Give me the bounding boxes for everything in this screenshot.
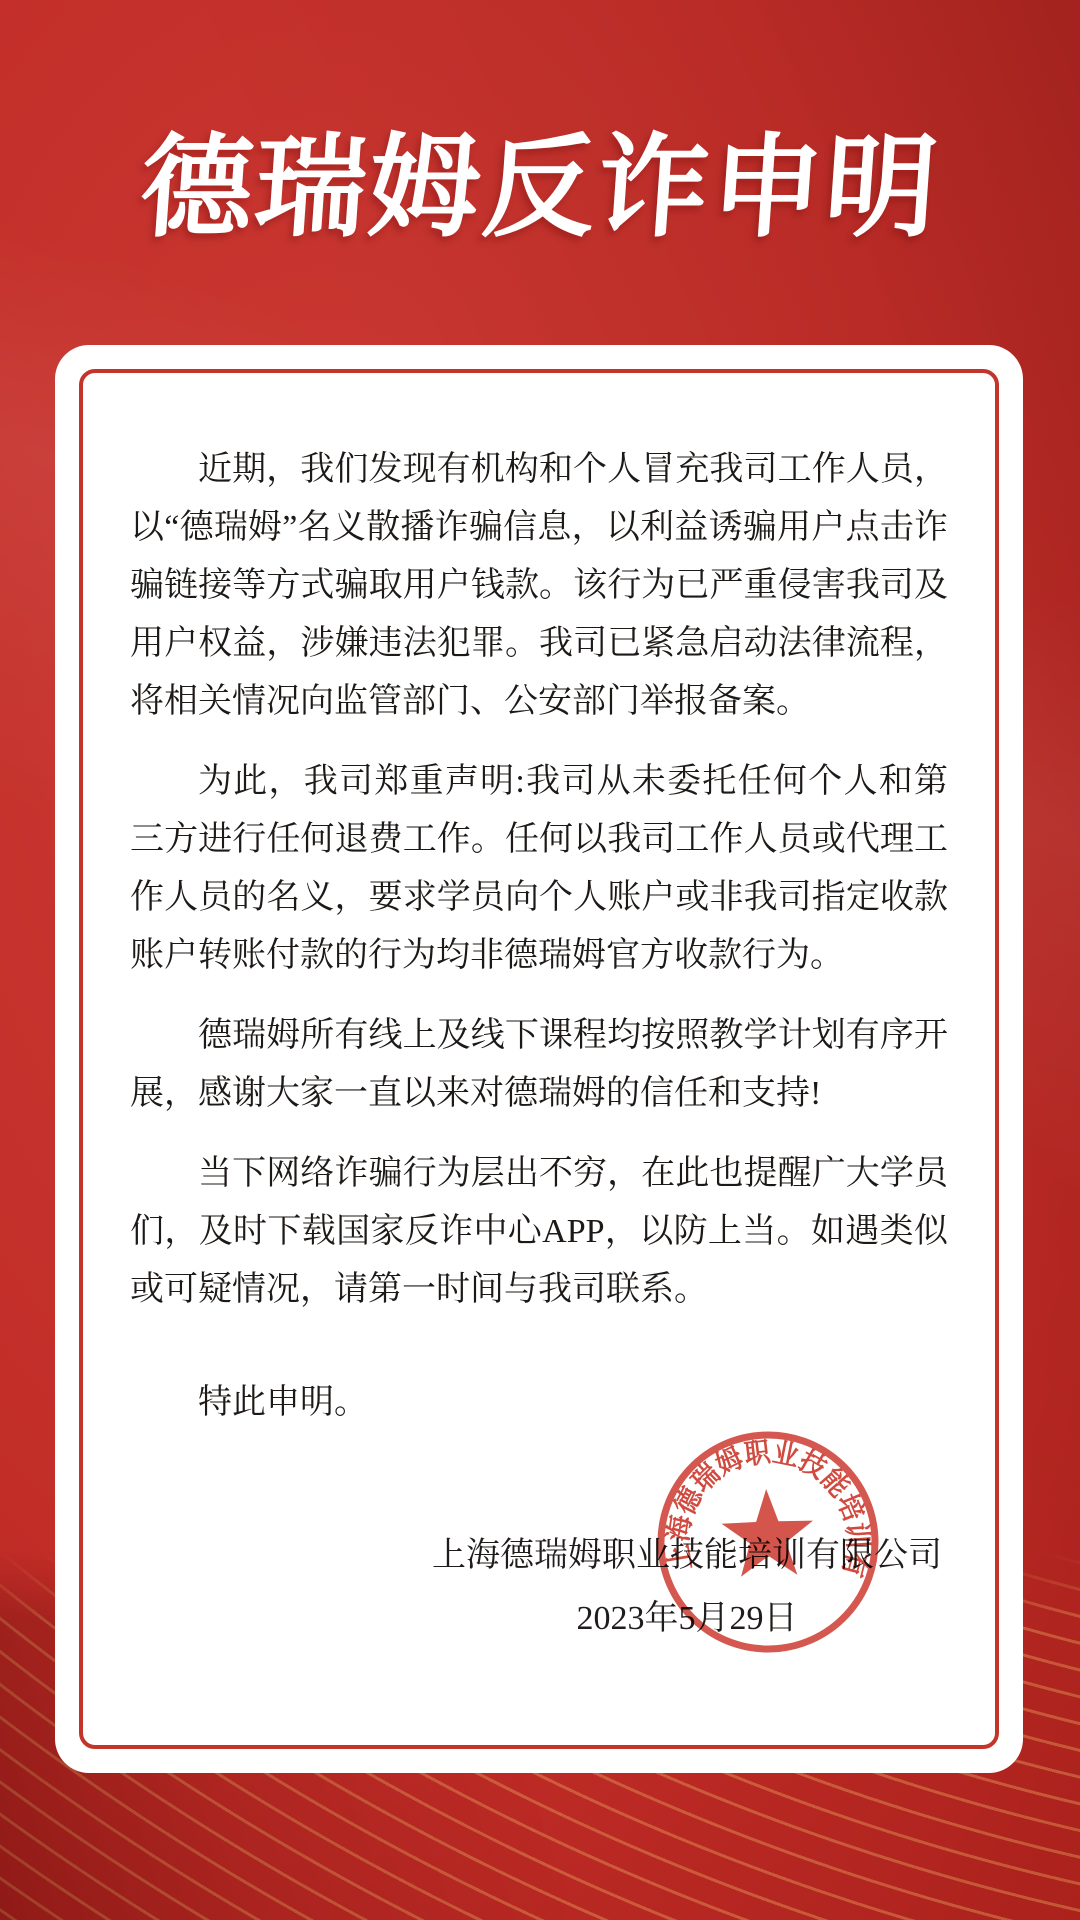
star-icon [720, 1487, 814, 1577]
statement-paragraph: 德瑞姆所有线上及线下课程均按照教学计划有序开展，感谢大家一直以来对德瑞姆的信任和… [130, 1007, 948, 1123]
company-seal-stamp: 上海德瑞姆职业技能培训有限公司 [646, 1420, 890, 1664]
statement-body: 近期，我们发现有机构和个人冒充我司工作人员，以“德瑞姆”名义散播诈骗信息，以利益… [130, 441, 948, 1454]
seal-ring-text: 上海德瑞姆职业技能培训有限公司 [646, 1420, 875, 1588]
poster-title: 德瑞姆反诈申明 [0, 126, 1080, 249]
statement-paragraph: 为此，我司郑重声明:我司从未委托任何个人和第三方进行任何退费工作。任何以我司工作… [130, 753, 948, 985]
statement-paragraph: 当下网络诈骗行为层出不穷，在此也提醒广大学员们，及时下载国家反诈中心APP，以防… [130, 1145, 948, 1319]
statement-paragraph: 近期，我们发现有机构和个人冒充我司工作人员，以“德瑞姆”名义散播诈骗信息，以利益… [130, 441, 948, 731]
anti-fraud-poster: { "poster": { "title": "德瑞姆反诈申明", "body"… [0, 0, 1080, 1920]
